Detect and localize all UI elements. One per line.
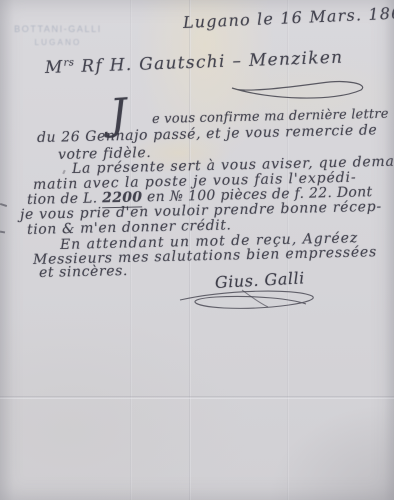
addressee-underline-flourish	[228, 78, 373, 104]
letter-page: BOTTANI-GALLI LUGANO Lugano le 16 Mars. …	[0, 0, 394, 500]
paragraph1-line2: du 26 Gennajo passé, et je vous remercie…	[37, 122, 378, 146]
addressee-title-superscript: rs	[63, 57, 74, 68]
sender-stamp: BOTTANI-GALLI LUGANO	[10, 24, 106, 47]
addressee-title: M	[45, 57, 64, 78]
sender-stamp-city: LUGANO	[10, 38, 106, 47]
closing-line3: et sincères.	[39, 263, 128, 281]
ink-speck	[0, 203, 7, 207]
addressee-place: Menziken	[249, 48, 344, 71]
fold-crease-horizontal	[0, 396, 394, 399]
ink-speck	[62, 170, 66, 174]
sender-stamp-name: BOTTANI-GALLI	[10, 24, 106, 34]
addressee-line: Mrs Rf H. Gautschi – Menziken	[45, 48, 344, 78]
signature-paraph-flourish	[172, 288, 322, 318]
ink-speck	[0, 231, 5, 234]
addressee-name: Rf H. Gautschi –	[74, 51, 242, 77]
